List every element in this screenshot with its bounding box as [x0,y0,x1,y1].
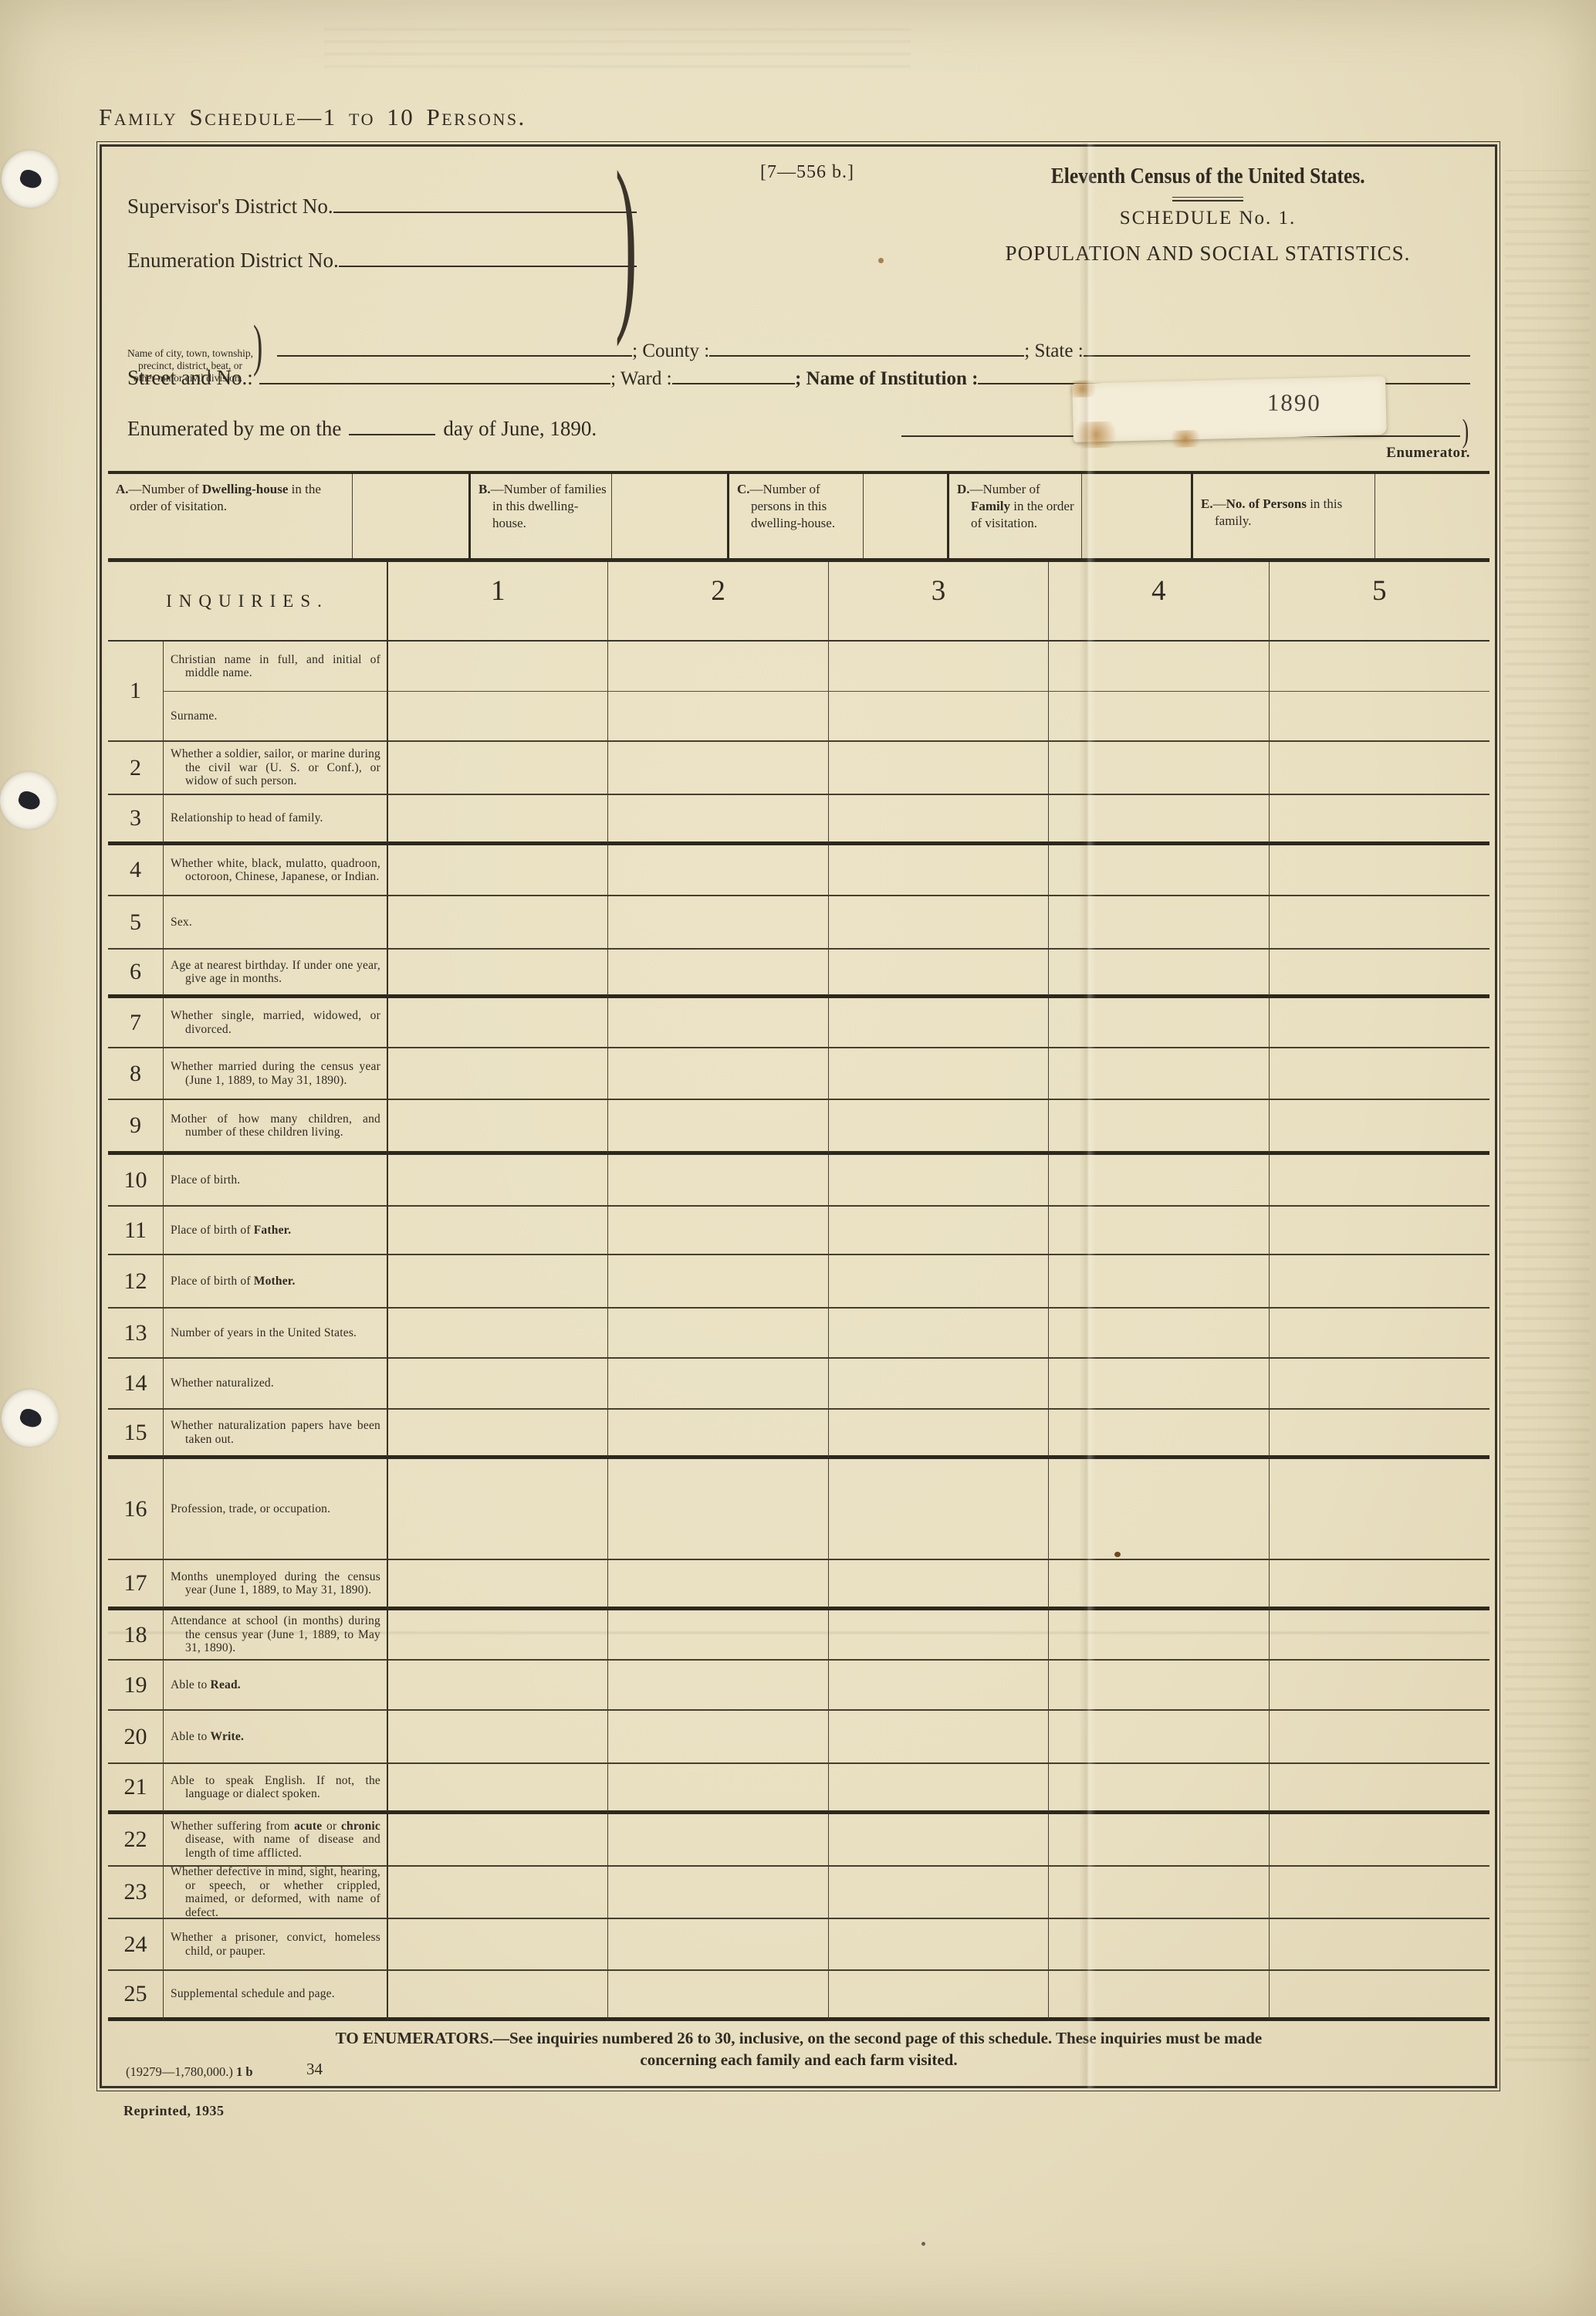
street-input[interactable] [259,381,610,384]
row-number: 21 [108,1764,164,1814]
inquiry-text-label: Supplemental schedule and page. [164,1985,387,2003]
summary-entry-b[interactable] [612,474,727,558]
row-number: 19 [108,1661,164,1711]
answer-cell[interactable] [608,1100,828,1155]
row-number: 6 [108,950,164,998]
answer-cell[interactable] [608,1764,828,1814]
signature-paren: ) [1462,428,1469,435]
answer-cell[interactable] [829,1309,1049,1359]
answer-cell[interactable] [1270,1459,1489,1560]
answer-cell[interactable] [388,1309,608,1359]
row-number: 25 [108,1971,164,2021]
inquiry-text-label: Whether naturalization papers have been … [164,1417,387,1448]
answer-cell[interactable] [608,1207,828,1255]
inquiry-text-label: Age at nearest birthday. If under one ye… [164,957,387,988]
answer-cell[interactable] [388,1207,608,1255]
answer-cell[interactable] [1270,1100,1489,1155]
person-column-header-2: 2 [608,562,828,642]
answer-cell[interactable] [1270,1560,1489,1610]
answer-cell[interactable] [829,1919,1049,1971]
inquiry-text: Whether married during the census year (… [164,1048,388,1100]
row-number: 16 [108,1459,164,1560]
answer-cell[interactable] [608,950,828,998]
reprint-note: Reprinted, 1935 [123,2103,225,2119]
row-number: 8 [108,1048,164,1100]
inquiry-text: Whether white, black, mulatto, quadroon,… [164,845,388,896]
answer-cell[interactable] [608,1610,828,1661]
answer-cell[interactable] [388,998,608,1048]
form-number: [7—556 b.] [760,162,854,183]
city-brace: ) [253,323,262,369]
answer-cell[interactable] [388,692,608,742]
inquiry-text-label: Able to speak English. If not, the langu… [164,1772,387,1803]
inquiry-text: Number of years in the United States. [164,1309,388,1359]
summary-band: A.—Number of Dwelling-house in the order… [108,471,1489,562]
ward-input[interactable] [672,381,795,384]
inquiry-text: Whether suffering from acute or chronic … [164,1814,388,1867]
inquiry-text: Profession, trade, or occupation. [164,1459,388,1560]
answer-cell[interactable] [388,1100,608,1155]
answer-cell[interactable] [829,1867,1049,1919]
answer-cell[interactable] [1270,845,1489,896]
answer-cell[interactable] [1270,742,1489,795]
summary-entry-a[interactable] [353,474,468,558]
enumeration-district-row: Enumeration District No. [127,249,637,273]
census-divider [1172,197,1243,201]
answer-cell[interactable] [1270,1255,1489,1309]
row-number: 24 [108,1919,164,1971]
inquiry-text: Place of birth of Father. [164,1207,388,1255]
punch-hole-shadow [16,789,42,812]
inquiry-text-label: Christian name in full, and initial of m… [164,651,387,682]
answer-cell[interactable] [829,845,1049,896]
answer-cell[interactable] [829,998,1049,1048]
answer-cell[interactable] [1270,692,1489,742]
street-label: Street and No.: [127,366,253,390]
answer-cell[interactable] [608,1560,828,1610]
summary-label-b: B.—Number of families in this dwelling-h… [471,474,612,558]
punch-hole-shadow [18,168,43,191]
inquiry-text: Whether naturalization papers have been … [164,1410,388,1459]
inquiry-text-label: Mother of how many children, and number … [164,1110,387,1142]
ink-speck [878,258,884,263]
answer-cell[interactable] [1270,642,1489,692]
answer-cell[interactable] [829,896,1049,950]
inquiry-text-label: Whether suffering from acute or chronic … [164,1817,387,1863]
answer-cell[interactable] [388,1410,608,1459]
answer-cell[interactable] [1270,1661,1489,1711]
answer-cell[interactable] [388,1560,608,1610]
answer-cell[interactable] [608,845,828,896]
answer-cell[interactable] [829,1764,1049,1814]
answer-cell[interactable] [1270,1207,1489,1255]
answer-cell[interactable] [829,1359,1049,1410]
answer-cell[interactable] [1270,1359,1489,1410]
row-number: 17 [108,1560,164,1610]
row-number: 11 [108,1207,164,1255]
punch-hole-shadow [18,1407,43,1430]
enumerator-label: Enumerator. [1304,445,1470,462]
inquiry-text: Able to Write. [164,1711,388,1764]
summary-entry-c[interactable] [864,474,947,558]
row-number: 18 [108,1610,164,1661]
answer-cell[interactable] [608,795,828,845]
inquiry-text: Able to Read. [164,1661,388,1711]
ink-speck [1114,1552,1121,1557]
answer-cell[interactable] [388,1814,608,1867]
print-code: (19279—1,780,000.) 1 b [126,2064,253,2080]
person-column-header-1: 1 [388,562,608,642]
page-title: Family Schedule—1 to 10 Persons. [99,103,526,131]
enumerators-note-line1: TO ENUMERATORS.—See inquiries numbered 2… [108,2027,1489,2049]
year-stamp: 1890 [1072,376,1387,442]
supervisors-district-row: Supervisor's District No. [127,195,637,218]
answer-cell[interactable] [608,1459,828,1560]
inquiry-text: Relationship to head of family. [164,795,388,845]
answer-cell[interactable] [608,1410,828,1459]
inquiry-text: Months unemployed during the census year… [164,1560,388,1610]
answer-cell[interactable] [1270,795,1489,845]
row-number: 23 [108,1867,164,1919]
state-input[interactable] [1084,353,1470,357]
row-number: 4 [108,845,164,896]
answer-cell[interactable] [388,1867,608,1919]
punch-hole [2,1390,59,1447]
summary-label-a: A.—Number of Dwelling-house in the order… [108,474,353,558]
answer-cell[interactable] [829,1155,1049,1207]
answer-cell[interactable] [829,1048,1049,1100]
inquiry-text-label: Place of birth. [164,1171,387,1190]
census-title: Eleventh Census of the United States. [1051,164,1365,189]
enumerated-label-pre: Enumerated by me on the [127,417,341,441]
city-input[interactable] [277,353,633,357]
summary-label-e: E.—No. of Persons in this family. [1193,474,1375,558]
punch-hole [2,151,59,208]
inquiry-text-label: Number of years in the United States. [164,1324,387,1343]
punch-hole [0,772,57,829]
state-label: ; State : [1024,340,1083,362]
answer-cell[interactable] [1270,998,1489,1048]
answer-cell[interactable] [388,1459,608,1560]
answer-cell[interactable] [388,642,608,692]
answer-cell[interactable] [829,1661,1049,1711]
inquiry-text-label: Able to Write. [164,1728,387,1746]
row-number: 1 [108,642,164,742]
county-input[interactable] [709,353,1024,357]
inquiry-text-label: Whether married during the census year (… [164,1058,387,1089]
answer-cell[interactable] [1270,1610,1489,1661]
inquiry-text: Able to speak English. If not, the langu… [164,1764,388,1814]
inquiry-text-label: Whether a soldier, sailor, or marine dur… [164,745,387,791]
inquiry-text: Whether defective in mind, sight, hearin… [164,1867,388,1919]
summary-label-d: D.—Number of Family in the order of visi… [949,474,1082,558]
fold-crease-vertical [1079,143,1096,2088]
answer-cell[interactable] [829,1410,1049,1459]
row-number: 20 [108,1711,164,1764]
answer-cell[interactable] [388,1661,608,1711]
inquiry-text: Whether single, married, widowed, or div… [164,998,388,1048]
answer-cell[interactable] [829,642,1049,692]
answer-cell[interactable] [829,1814,1049,1867]
answer-cell[interactable] [608,1711,828,1764]
answer-cell[interactable] [829,1560,1049,1610]
bleed-through-ghost [324,22,911,68]
row-number: 5 [108,896,164,950]
answer-cell[interactable] [829,1100,1049,1155]
answer-cell[interactable] [388,845,608,896]
answer-cell[interactable] [388,950,608,998]
inquiry-text: Whether a prisoner, convict, homeless ch… [164,1919,388,1971]
answer-cell[interactable] [1270,1048,1489,1100]
row-number: 10 [108,1155,164,1207]
supervisors-district-label: Supervisor's District No. [127,195,333,218]
row-number: 22 [108,1814,164,1867]
enumerated-row: Enumerated by me on the day of June, 189… [127,417,597,441]
inquiry-text-label: Relationship to head of family. [164,809,387,828]
inquiry-table: INQUIRIES. 1 2 3 4 5 1Christian name in … [108,562,1489,2021]
answer-cell[interactable] [388,1359,608,1410]
answer-cell[interactable] [608,896,828,950]
inquiry-text: Mother of how many children, and number … [164,1100,388,1155]
answer-cell[interactable] [608,1971,828,2021]
answer-cell[interactable] [608,1155,828,1207]
answer-cell[interactable] [1270,1971,1489,2021]
inquiry-text: Surname. [164,692,388,742]
answer-cell[interactable] [829,1971,1049,2021]
answer-cell[interactable] [1270,1410,1489,1459]
summary-entry-d[interactable] [1082,474,1191,558]
row-number: 7 [108,998,164,1048]
census-form-page: Family Schedule—1 to 10 Persons. Supervi… [0,0,1596,2316]
answer-cell[interactable] [388,1919,608,1971]
inquiry-text: Whether naturalized. [164,1359,388,1410]
answer-cell[interactable] [1270,896,1489,950]
inquiry-text: Whether a soldier, sailor, or marine dur… [164,742,388,795]
summary-box-e: E.—No. of Persons in this family. [1193,474,1489,558]
answer-cell[interactable] [608,1359,828,1410]
answer-cell[interactable] [608,642,828,692]
inquiry-text-label: Place of birth of Mother. [164,1272,387,1291]
answer-cell[interactable] [608,1919,828,1971]
inquiry-text-label: Whether a prisoner, convict, homeless ch… [164,1928,387,1960]
inquiry-text: Attendance at school (in months) during … [164,1610,388,1661]
inquiry-text-label: Sex. [164,913,387,932]
answer-cell[interactable] [1270,1711,1489,1764]
inquiry-text-label: Able to Read. [164,1676,387,1695]
district-brace: ) [615,161,639,319]
stamp-smudge [1166,430,1205,448]
answer-cell[interactable] [388,1971,608,2021]
enumerated-label-post: day of June, 1890. [443,417,597,441]
answer-cell[interactable] [829,1207,1049,1255]
answer-cell[interactable] [388,1155,608,1207]
summary-label-c: C.—Number of persons in this dwelling-ho… [729,474,864,558]
inquiry-text: Place of birth of Mother. [164,1255,388,1309]
answer-cell[interactable] [388,1255,608,1309]
row-number: 9 [108,1100,164,1155]
answer-cell[interactable] [388,742,608,795]
schedule-title: POPULATION AND SOCIAL STATISTICS. [899,242,1517,266]
answer-cell[interactable] [608,998,828,1048]
inquiry-text: Age at nearest birthday. If under one ye… [164,950,388,998]
answer-cell[interactable] [608,692,828,742]
answer-cell[interactable] [829,1459,1049,1560]
answer-cell[interactable] [829,950,1049,998]
inquiry-text-label: Whether naturalized. [164,1374,387,1393]
answer-cell[interactable] [608,1661,828,1711]
summary-box-b: B.—Number of families in this dwelling-h… [471,474,729,558]
row-number: 15 [108,1410,164,1459]
summary-entry-e[interactable] [1375,474,1489,558]
answer-cell[interactable] [388,795,608,845]
row-number: 13 [108,1309,164,1359]
person-column-header-5: 5 [1270,562,1489,642]
answer-cell[interactable] [608,1309,828,1359]
inquiry-text: Sex. [164,896,388,950]
answer-cell[interactable] [1270,1867,1489,1919]
answer-cell[interactable] [608,1255,828,1309]
row-number: 3 [108,795,164,845]
answer-cell[interactable] [1270,950,1489,998]
answer-cell[interactable] [829,795,1049,845]
answer-cell[interactable] [829,1255,1049,1309]
inquiry-text-label: Whether defective in mind, sight, hearin… [164,1867,387,1919]
answer-cell[interactable] [829,742,1049,795]
supervisors-district-input[interactable] [333,209,637,213]
answer-cell[interactable] [388,1711,608,1764]
page-number: 34 [306,2060,323,2079]
inquiry-text-label: Months unemployed during the census year… [164,1568,387,1600]
summary-box-d: D.—Number of Family in the order of visi… [949,474,1193,558]
answer-cell[interactable] [829,692,1049,742]
answer-cell[interactable] [608,742,828,795]
institution-label: ; Name of Institution : [795,368,979,390]
enumeration-district-input[interactable] [339,263,637,267]
answer-cell[interactable] [1270,1764,1489,1814]
answer-cell[interactable] [388,1610,608,1661]
inquiry-text: Supplemental schedule and page. [164,1971,388,2021]
answer-cell[interactable] [388,896,608,950]
answer-cell[interactable] [608,1814,828,1867]
county-label: ; County : [632,340,709,362]
summary-box-c: C.—Number of persons in this dwelling-ho… [729,474,949,558]
answer-cell[interactable] [829,1711,1049,1764]
ink-speck [921,2242,925,2246]
answer-cell[interactable] [829,1610,1049,1661]
answer-cell[interactable] [608,1048,828,1100]
answer-cell[interactable] [388,1048,608,1100]
enumerated-day-input[interactable] [349,432,435,435]
census-heading: Eleventh Census of the United States. SC… [899,164,1517,266]
summary-box-a: A.—Number of Dwelling-house in the order… [108,474,471,558]
bleed-through-ghost [1505,170,1590,2061]
answer-cell[interactable] [1270,1155,1489,1207]
row-number: 14 [108,1359,164,1410]
inquiry-text-label: Whether single, married, widowed, or div… [164,1007,387,1038]
answer-cell[interactable] [608,1867,828,1919]
stamp-year: 1890 [1266,389,1320,418]
inquiry-text-label: Place of birth of Father. [164,1221,387,1240]
inquiries-header: INQUIRIES. [108,562,388,642]
inquiry-text: Place of birth. [164,1155,388,1207]
answer-cell[interactable] [1270,1814,1489,1867]
answer-cell[interactable] [388,1764,608,1814]
enumeration-district-label: Enumeration District No. [127,249,339,273]
inquiry-text-label: Whether white, black, mulatto, quadroon,… [164,855,387,886]
fold-crease-horizontal [108,1630,1489,1635]
inquiry-text-label: Surname. [164,707,387,726]
schedule-number: SCHEDULE No. 1. [899,208,1517,229]
ward-label: ; Ward : [610,368,671,390]
row-number: 12 [108,1255,164,1309]
inquiry-text: Christian name in full, and initial of m… [164,642,388,692]
row-number: 2 [108,742,164,795]
answer-cell[interactable] [1270,1919,1489,1971]
city-label-line1: Name of city, town, township, [127,347,253,360]
answer-cell[interactable] [1270,1309,1489,1359]
inquiry-text-label: Profession, trade, or occupation. [164,1500,387,1519]
person-column-header-3: 3 [829,562,1049,642]
